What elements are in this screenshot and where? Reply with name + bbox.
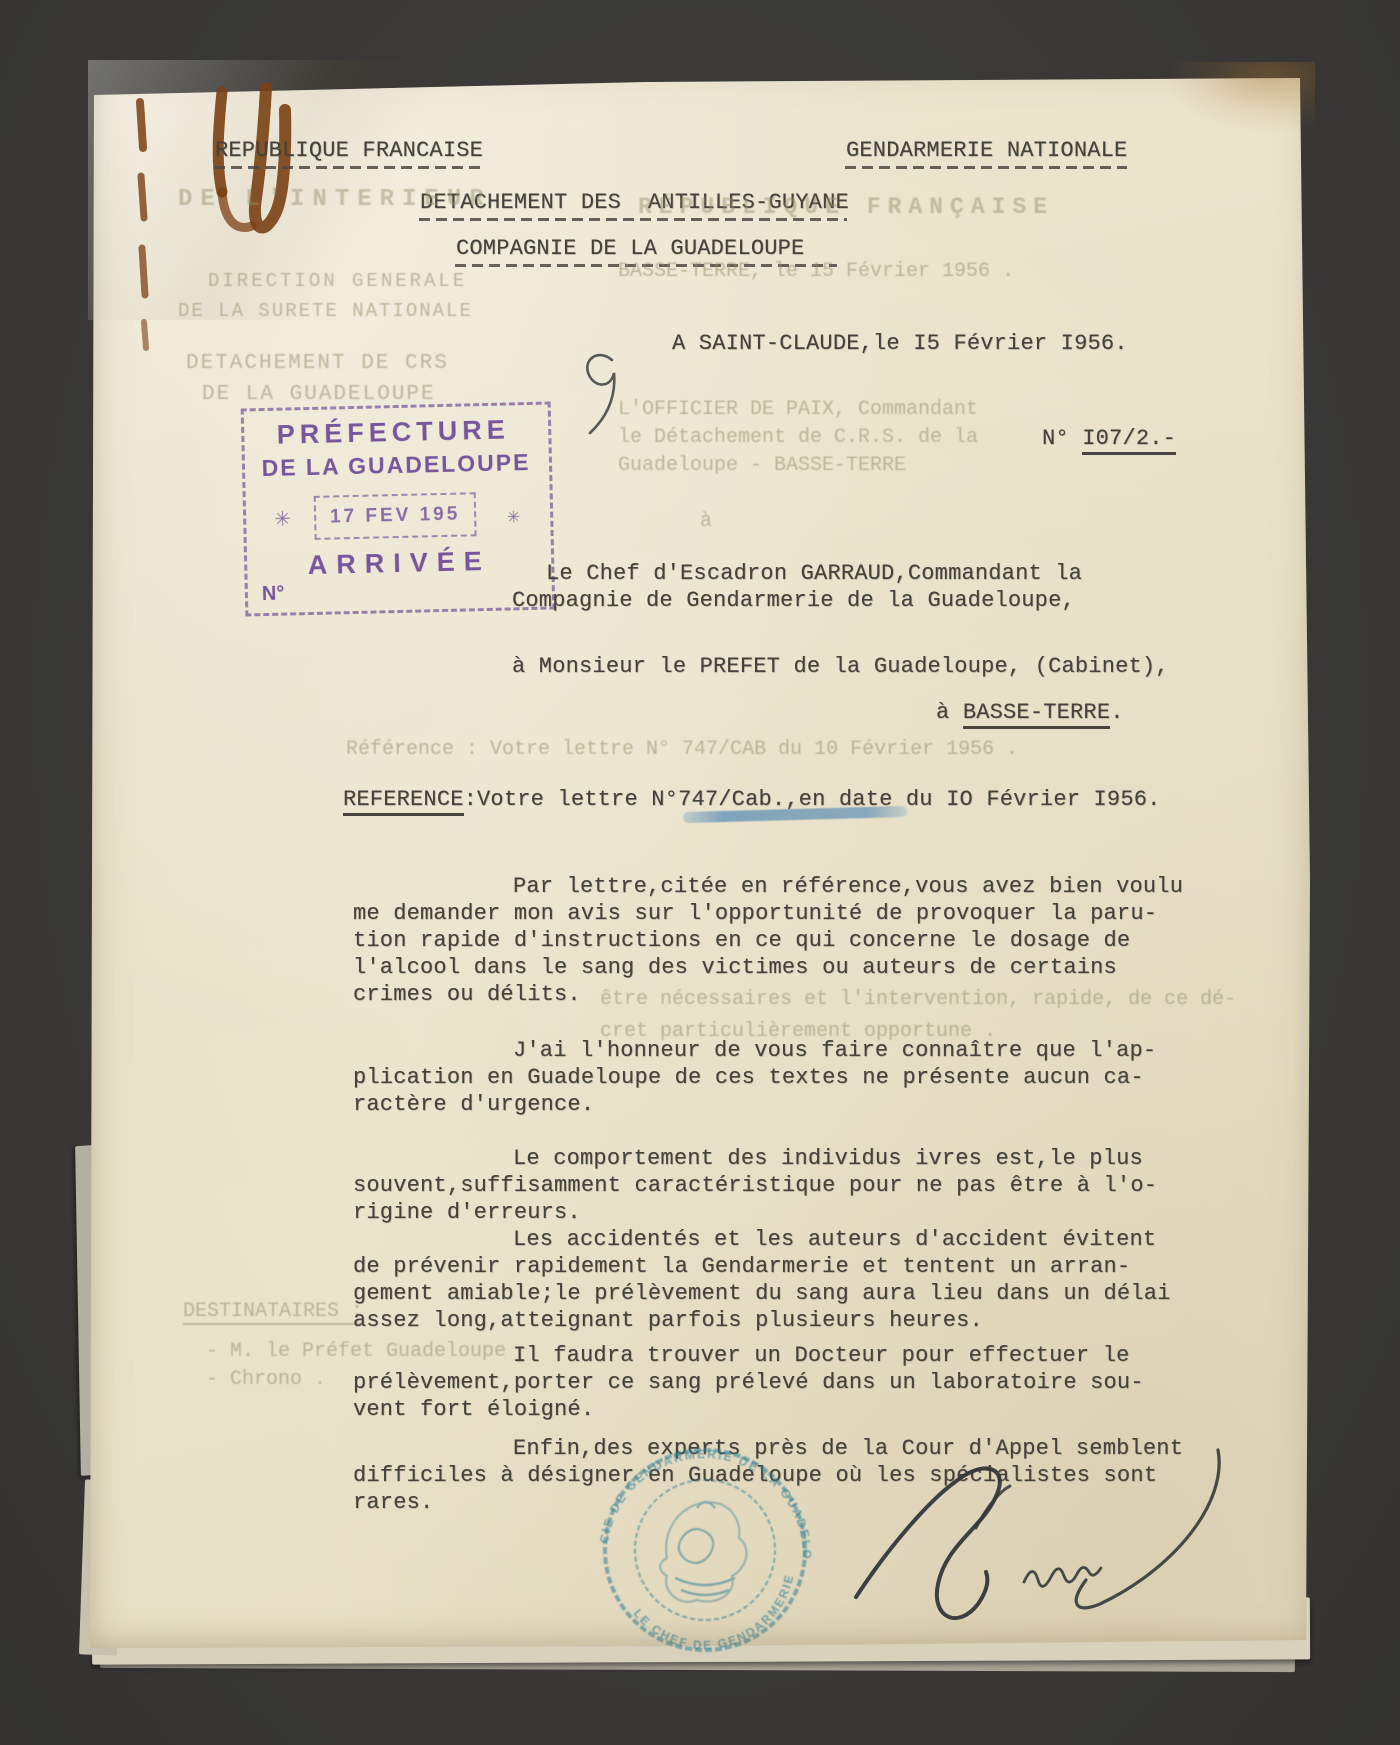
body-line: l'alcool dans le sang des victimes ou au… (353, 954, 1117, 981)
paper-corner-stain (1165, 62, 1315, 132)
arrival-stamp-star-right: ✳ (507, 507, 521, 527)
document-number: N° I07/2.- (1042, 425, 1176, 452)
bleedthrough-text: DETACHEMENT DE CRS (186, 352, 449, 375)
underline-republique (214, 166, 484, 169)
bleedthrough-text: Guadeloupe - BASSE-TERRE (618, 454, 906, 477)
scanned-archive-photo: { "letterhead": { "republique": "REPUBLI… (0, 0, 1400, 1745)
body-line: de prévenir rapidement la Gendarmerie et… (353, 1253, 1130, 1280)
body-line: tion rapide d'instructions en ce qui con… (353, 927, 1130, 954)
letterhead-republique: REPUBLIQUE FRANCAISE (215, 137, 483, 164)
bleedthrough-text: DE L'INTERIEUR (178, 186, 492, 213)
body-line: souvent,suffisamment caractéristique pou… (353, 1172, 1157, 1199)
arrival-stamp: PRÉFECTURE DE LA GUADELOUPE ✳ 17 FEV 195… (241, 402, 556, 617)
bleedthrough-text: - M. le Préfet Guadeloupe (206, 1340, 506, 1363)
bleedthrough-text: BASSE-TERRE, le 15 Février 1956 . (618, 260, 1014, 283)
arrival-stamp-arrivee: ARRIVÉE (247, 545, 552, 583)
official-seal: CIE DE GENDARMERIE DE LA GUADELOUPE LE C… (577, 1438, 831, 1648)
bleedthrough-text: DIRECTION GENERALE (208, 270, 467, 292)
bleedthrough-text: DESTINATAIRES : (183, 1300, 363, 1323)
arrival-stamp-date: 17 FEV 195 (314, 492, 477, 540)
body-line: J'ai l'honneur de vous faire connaître q… (513, 1037, 1156, 1064)
recipient-line: Le Chef d'Escadron GARRAUD,Commandant la (546, 560, 1082, 587)
underline-gendarmerie (845, 166, 1127, 169)
bleedthrough-text: L'OFFICIER DE PAIX, Commandant (618, 398, 978, 421)
body-line: ractère d'urgence. (353, 1091, 594, 1118)
body-line: me demander mon avis sur l'opportunité d… (353, 900, 1157, 927)
body-line: Les accidentés et les auteurs d'accident… (513, 1226, 1156, 1253)
arrival-stamp-guadeloupe: DE LA GUADELOUPE (245, 449, 548, 483)
letterhead-compagnie: COMPAGNIE DE LA GUADELOUPE (456, 235, 804, 262)
arrival-stamp-numero: N° (262, 583, 285, 607)
body-line: plication en Guadeloupe de ces textes ne… (353, 1064, 1144, 1091)
body-line: prélèvement,porter ce sang prélevé dans … (353, 1369, 1144, 1396)
svg-text:CIE DE GENDARMERIE DE LA GUADE: CIE DE GENDARMERIE DE LA GUADELOUPE (572, 1427, 814, 1561)
bleedthrough-text: RÉPUBLIQUE FRANÇAISE (638, 194, 1054, 220)
arrival-stamp-prefecture: PRÉFECTURE (244, 414, 543, 452)
bleedthrough-text: DE LA GUADELOUPE (202, 383, 436, 406)
recipient-line: à Monsieur le PREFET de la Guadeloupe, (… (512, 653, 1169, 680)
body-line: Le comportement des individus ivres est,… (513, 1145, 1143, 1172)
dateline: A SAINT-CLAUDE,le I5 Février I956. (672, 330, 1128, 357)
body-line: assez long,atteignant parfois plusieurs … (353, 1307, 983, 1334)
bleedthrough-text: être nécessaires et l'intervention, rapi… (600, 988, 1236, 1011)
bleedthrough-text: Référence : Votre lettre N° 747/CAB du 1… (346, 738, 1018, 761)
seal-arc-text-top: CIE DE GENDARMERIE DE LA GUADELOUPE (572, 1427, 814, 1561)
recipient-place: à BASSE-TERRE. (936, 699, 1124, 726)
letterhead-gendarmerie: GENDARMERIE NATIONALE (846, 137, 1127, 164)
body-line: gement amiable;le prélèvement du sang au… (353, 1280, 1171, 1307)
reference-line: REFERENCE:Votre lettre N°747/Cab.,en dat… (343, 786, 1161, 813)
body-line: Par lettre,citée en référence,vous avez … (513, 873, 1183, 900)
bleedthrough-text: à (700, 510, 712, 533)
handwritten-mark (578, 348, 630, 440)
body-line: crimes ou délits. (353, 981, 581, 1008)
bleedthrough-text: le Détachement de C.R.S. de la (618, 426, 978, 449)
body-line: rigine d'erreurs. (353, 1199, 581, 1226)
bleedthrough-text: - Chrono . (206, 1368, 326, 1391)
body-line: Il faudra trouver un Docteur pour effect… (513, 1342, 1130, 1369)
body-line: vent fort éloigné. (353, 1396, 594, 1423)
arrival-stamp-star-left: ✳ (274, 506, 291, 531)
recipient-line: Compagnie de Gendarmerie de la Guadeloup… (512, 587, 1075, 614)
rust-staple-marks (118, 80, 318, 380)
bleedthrough-text: DE LA SURETE NATIONALE (178, 300, 473, 322)
body-line: rares. (353, 1489, 433, 1516)
signature (828, 1432, 1240, 1648)
